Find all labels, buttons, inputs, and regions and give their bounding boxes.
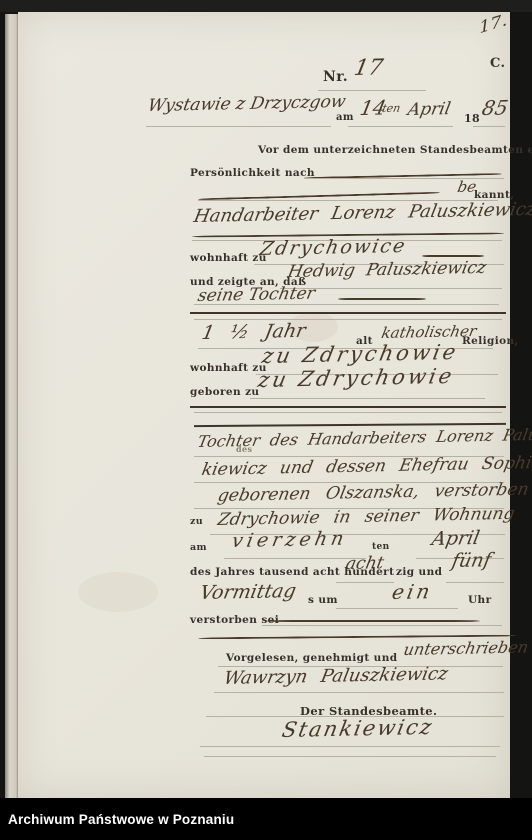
year-ones-handwritten: fünf: [450, 549, 493, 572]
death-line3-handwritten: geborenen Olszanska, verstorben: [216, 480, 530, 506]
ten-label: ten: [372, 542, 390, 552]
ruled-line: [194, 319, 502, 320]
ruled-line: [348, 126, 453, 127]
declarant-signature-handwritten: Wawrzyn Paluszkiewicz: [222, 663, 450, 689]
s-um-label: s um: [308, 594, 338, 606]
daytime-handwritten: Vormittag: [198, 580, 298, 604]
death-am-label: am: [190, 542, 207, 553]
book-page-edge: [5, 14, 18, 798]
printed-des-fragment: des: [236, 444, 252, 454]
record-number-label: Nr.: [323, 69, 348, 85]
issue-month-handwritten: April: [406, 99, 452, 120]
series-letter: C.: [490, 56, 505, 71]
ruled-line: [224, 558, 366, 559]
form-intro-line1: Vor dem unterzeichneten Standesbeamten e…: [258, 144, 532, 156]
declarant-name-handwritten: Handarbeiter Lorenz Paluszkiewicz: [192, 199, 532, 227]
archive-watermark-bar: Archiwum Państwowe w Poznaniu: [0, 798, 532, 840]
unterschrieben-handwritten: unterschrieben: [402, 637, 530, 659]
ruled-line: [200, 746, 500, 747]
page-number-handwritten: 17.: [479, 11, 508, 38]
issue-year-handwritten: 85: [480, 95, 510, 120]
ruled-line: [194, 304, 499, 305]
uhr-label: Uhr: [468, 594, 492, 606]
ruled-line: [473, 126, 505, 127]
relation-handwritten: seine Tochter: [196, 284, 317, 306]
year-printed-prefix: 18: [464, 112, 480, 125]
death-record-page: 17. C. Nr. 17 Wystawie z Drzyczgow am 14…: [18, 12, 510, 798]
photo-top-edge: [0, 0, 532, 12]
ruled-line: [250, 398, 485, 399]
year-tens-handwritten: acht: [344, 553, 385, 574]
form-intro-line2: Persönlichkeit nach: [190, 167, 315, 179]
ruled-line: [194, 412, 502, 413]
section-line: [190, 312, 506, 314]
am-label: am: [336, 112, 354, 123]
wohnhaft-label-1: wohnhaft zu: [190, 252, 267, 264]
ruled-line: [336, 608, 458, 609]
wohnhaft-label-2: wohnhaft zu: [190, 362, 267, 374]
section-line: [190, 406, 506, 408]
scanned-register-photo: 17. C. Nr. 17 Wystawie z Drzyczgow am 14…: [0, 0, 532, 840]
archive-name-label: Archiwum Państwowe w Poznaniu: [8, 812, 234, 827]
ruled-line: [446, 582, 504, 583]
geboren-zu-label: geboren zu: [190, 386, 259, 398]
registrar-signature-handwritten: Stankiewicz: [280, 715, 435, 742]
ink-stroke: [266, 620, 480, 622]
ruled-line: [204, 756, 496, 757]
deceased-name-handwritten: Hedwig Paluszkiewicz: [286, 258, 488, 282]
zu-label: zu: [190, 516, 203, 527]
death-day-handwritten: vierzehn: [230, 528, 350, 552]
issue-day-suffix: ten: [381, 102, 402, 115]
ruled-line: [262, 625, 502, 626]
zig-und-label: zig und: [396, 566, 442, 578]
record-number-value: 17: [352, 55, 385, 81]
religion-label: Religion,: [462, 335, 519, 347]
ink-stroke: [422, 255, 484, 257]
paper-stain: [78, 572, 158, 612]
ruled-line: [336, 582, 394, 583]
ruled-line: [318, 90, 426, 91]
ruled-line: [146, 126, 331, 127]
ruled-line: [214, 692, 504, 693]
ink-stroke: [338, 298, 426, 300]
death-month-handwritten: April: [430, 527, 482, 550]
vorgelesen-label: Vorgelesen, genehmigt und: [226, 652, 397, 664]
declarant-residence-handwritten: Zdrychowice: [258, 235, 409, 260]
hour-handwritten: ein: [390, 579, 435, 604]
age-handwritten: 1 ½ Jahr: [200, 320, 308, 344]
birthplace-handwritten: zu Zdrychowie: [256, 364, 457, 392]
issue-place-handwritten: Wystawie z Drzyczgow: [146, 92, 347, 116]
